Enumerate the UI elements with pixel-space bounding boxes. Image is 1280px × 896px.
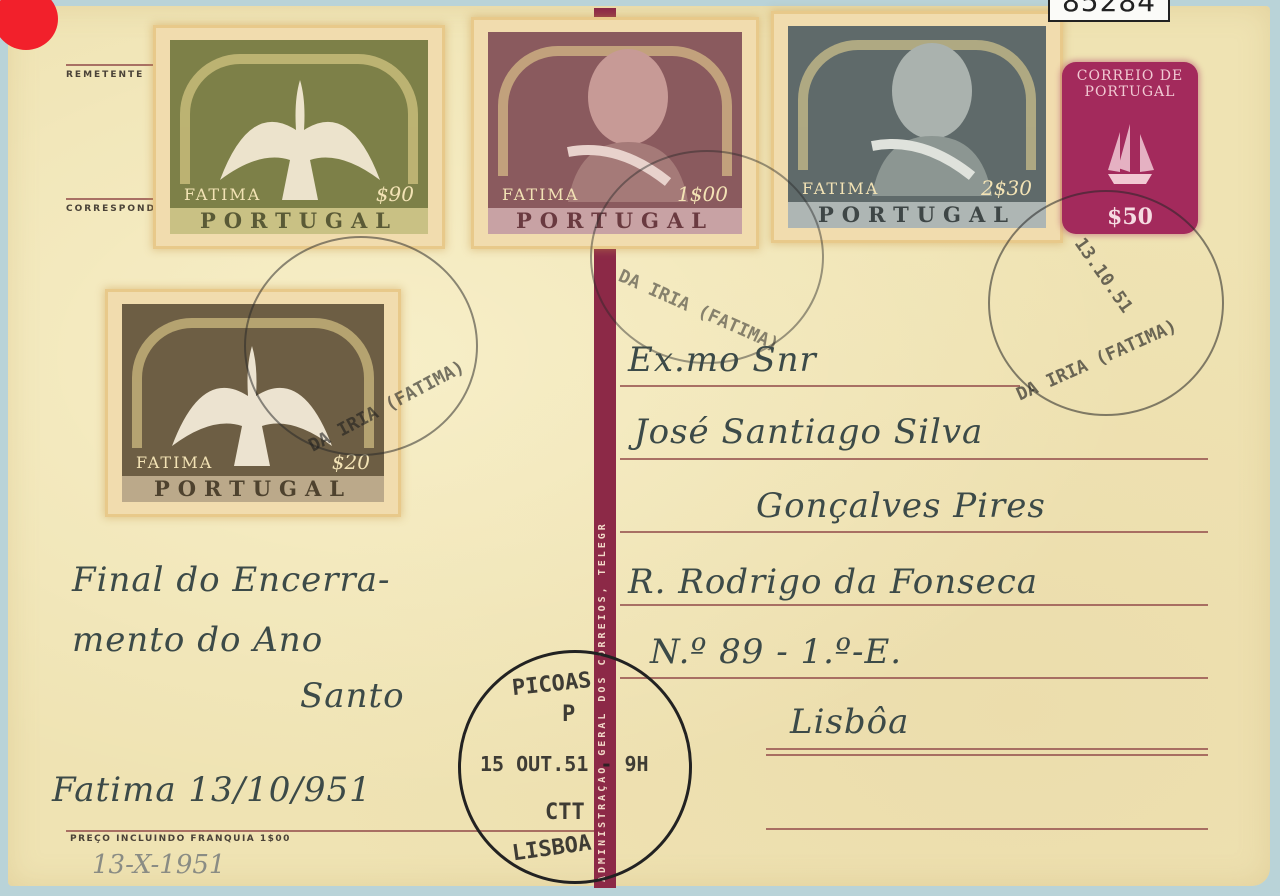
stamp-place: FATIMA [802, 179, 879, 198]
address-line-2: José Santiago Silva [634, 412, 983, 452]
indicia-text: CORREIO DE PORTUGAL [1062, 68, 1198, 100]
address-rule-6a [766, 748, 1208, 750]
sender-rule [66, 64, 166, 66]
stamp-country: PORTUGAL [788, 202, 1046, 228]
stamp-pope-230: FATIMA 2$30 PORTUGAL [774, 14, 1060, 240]
pencil-date-note: 13-X-1951 [92, 850, 225, 880]
address-line-4: R. Rodrigo da Fonseca [628, 562, 1038, 602]
message-line-3: Santo [300, 676, 405, 716]
address-rule-3 [620, 531, 1208, 533]
address-rule-7 [766, 828, 1208, 830]
stamp-dove-90: FATIMA $90 PORTUGAL [156, 28, 442, 246]
address-line-6: Lisbôa [790, 702, 909, 742]
postmark-lisboa-letter: P [562, 702, 575, 727]
stamp-place: FATIMA [184, 185, 261, 204]
address-rule-1 [620, 385, 1020, 387]
inventory-number-label: 85284 [1048, 0, 1170, 22]
message-line-2: mento do Ano [72, 620, 323, 660]
correspondence-label: CORRESPOND. [66, 204, 161, 214]
caravel-icon [1100, 112, 1160, 192]
sender-label: REMETENTE [66, 70, 144, 80]
stamp-value: $90 [376, 182, 414, 206]
address-line-1: Ex.mo Snr [628, 340, 817, 380]
address-rule-5 [620, 677, 1208, 679]
stamp-value: 2$30 [981, 176, 1032, 200]
postmark-lisboa-date: 15 OUT.51 - 9H [480, 752, 649, 776]
stamp-country: PORTUGAL [122, 476, 384, 502]
address-rule-6b [766, 754, 1208, 756]
price-label: PREÇO INCLUINDO FRANQUIA 1$00 [70, 834, 291, 844]
stamp-place: FATIMA [502, 185, 579, 204]
postmark-lisboa-mid: CTT [545, 800, 585, 825]
postmark-fatima-2 [590, 150, 824, 364]
address-line-3: Gonçalves Pires [756, 486, 1046, 526]
address-rule-2 [620, 458, 1208, 460]
stamp-place: FATIMA [136, 453, 213, 472]
pope-portrait-icon [852, 36, 1002, 196]
stamp-country: PORTUGAL [170, 208, 428, 234]
correspondence-rule [66, 198, 166, 200]
address-line-5: N.º 89 - 1.º-E. [650, 632, 902, 672]
address-rule-4 [620, 604, 1208, 606]
message-line-4: Fatima 13/10/951 [52, 770, 372, 810]
message-line-1: Final do Encerra- [72, 560, 391, 600]
